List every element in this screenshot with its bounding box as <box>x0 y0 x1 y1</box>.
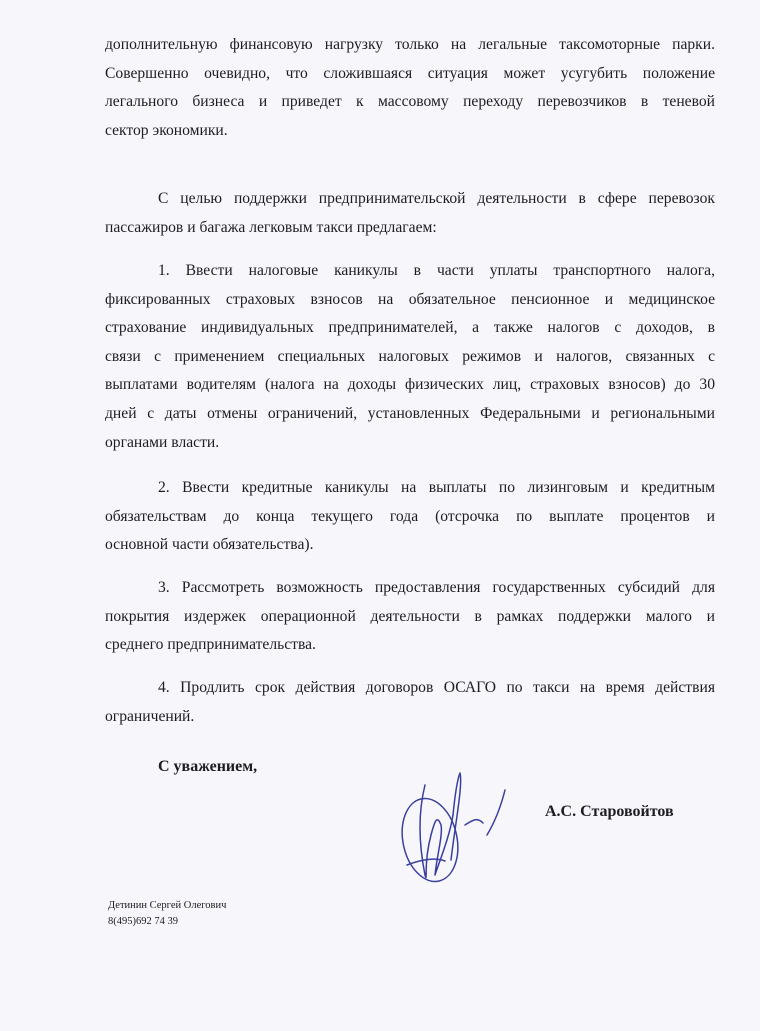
text-line: ограничений. <box>105 703 715 732</box>
paragraph-continuation: дополнительную финансовую нагрузку тольк… <box>105 31 715 145</box>
proposal-item-4: 4. Продлить срок действия договоров ОСАГ… <box>105 674 715 731</box>
proposal-item-2: 2. Ввести кредитные каникулы на выплаты … <box>105 474 715 560</box>
text-line: обязательствам до конца текущего года (о… <box>105 503 715 532</box>
text-line: выплатами водителям (налога на доходы фи… <box>105 371 715 400</box>
text-line: страхование индивидуальных предпринимате… <box>105 314 715 343</box>
text-line: С целью поддержки предпринимательской де… <box>105 185 715 214</box>
text-line: Совершенно очевидно, что сложившаяся сит… <box>105 60 715 89</box>
letter-page: дополнительную финансовую нагрузку тольк… <box>0 0 760 1031</box>
text-line: легального бизнеса и приведет к массовом… <box>105 88 715 117</box>
text-line: 1. Ввести налоговые каникулы в части упл… <box>105 257 715 286</box>
text-line: дополнительную финансовую нагрузку тольк… <box>105 31 715 60</box>
handwritten-signature-icon <box>395 765 525 895</box>
text-line: 4. Продлить срок действия договоров ОСАГ… <box>105 674 715 703</box>
text-line: органами власти. <box>105 429 715 458</box>
text-line: покрытия издержек операционной деятельно… <box>105 603 715 632</box>
text-line: 2. Ввести кредитные каникулы на выплаты … <box>105 474 715 503</box>
text-line: среднего предпринимательства. <box>105 631 715 660</box>
contact-phone: 8(495)692 74 39 <box>108 914 226 930</box>
text-line: связи с применением специальных налоговы… <box>105 343 715 372</box>
contact-name: Детинин Сергей Олегович <box>108 898 226 914</box>
text-line: сектор экономики. <box>105 117 715 146</box>
text-line: 3. Рассмотреть возможность предоставлени… <box>105 574 715 603</box>
contact-block: Детинин Сергей Олегович 8(495)692 74 39 <box>108 898 226 930</box>
text-line: фиксированных страховых взносов на обяза… <box>105 286 715 315</box>
proposal-item-3: 3. Рассмотреть возможность предоставлени… <box>105 574 715 660</box>
signer-name: А.С. Старовойтов <box>545 803 674 821</box>
paragraph-proposal-intro: С целью поддержки предпринимательской де… <box>105 185 715 242</box>
text-line: дней с даты отмены ограничений, установл… <box>105 400 715 429</box>
text-line: пассажиров и багажа легковым такси предл… <box>105 214 715 243</box>
text-line: основной части обязательства). <box>105 531 715 560</box>
closing-salutation: С уважением, <box>158 758 257 776</box>
proposal-item-1: 1. Ввести налоговые каникулы в части упл… <box>105 257 715 457</box>
